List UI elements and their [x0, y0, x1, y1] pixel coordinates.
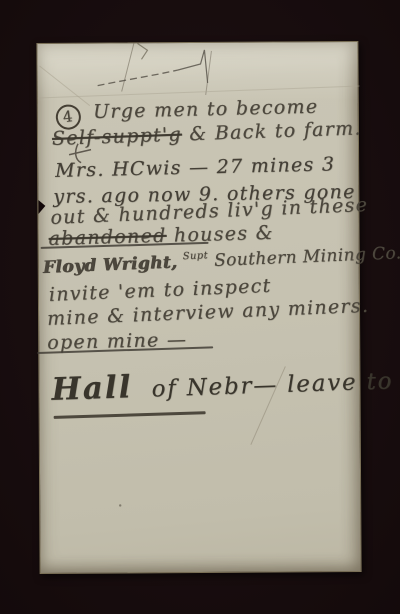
pencil-squiggle-dashed	[98, 70, 178, 85]
hall-rest-text: of Nebr— leave to take	[151, 366, 400, 402]
hall-underlined-text: Hall	[51, 369, 133, 408]
struck-self-supporting-text: Self-suppt'g	[52, 123, 183, 149]
pencil-speck	[119, 504, 121, 506]
crease-line-top-center	[121, 42, 134, 91]
supt-superscript-text: Supt	[183, 250, 209, 262]
photo-backdrop: 4 Urge men to become Self-suppt'g & Back…	[0, 0, 400, 614]
urge-line1-text: Urge men to become	[93, 96, 319, 123]
crease-line-top-left	[40, 66, 90, 106]
handwritten-note-paper: 4 Urge men to become Self-suppt'g & Back…	[36, 41, 361, 574]
pencil-squiggle-hook	[177, 50, 207, 83]
tear-mark	[137, 43, 147, 59]
edge-notch	[38, 200, 45, 214]
